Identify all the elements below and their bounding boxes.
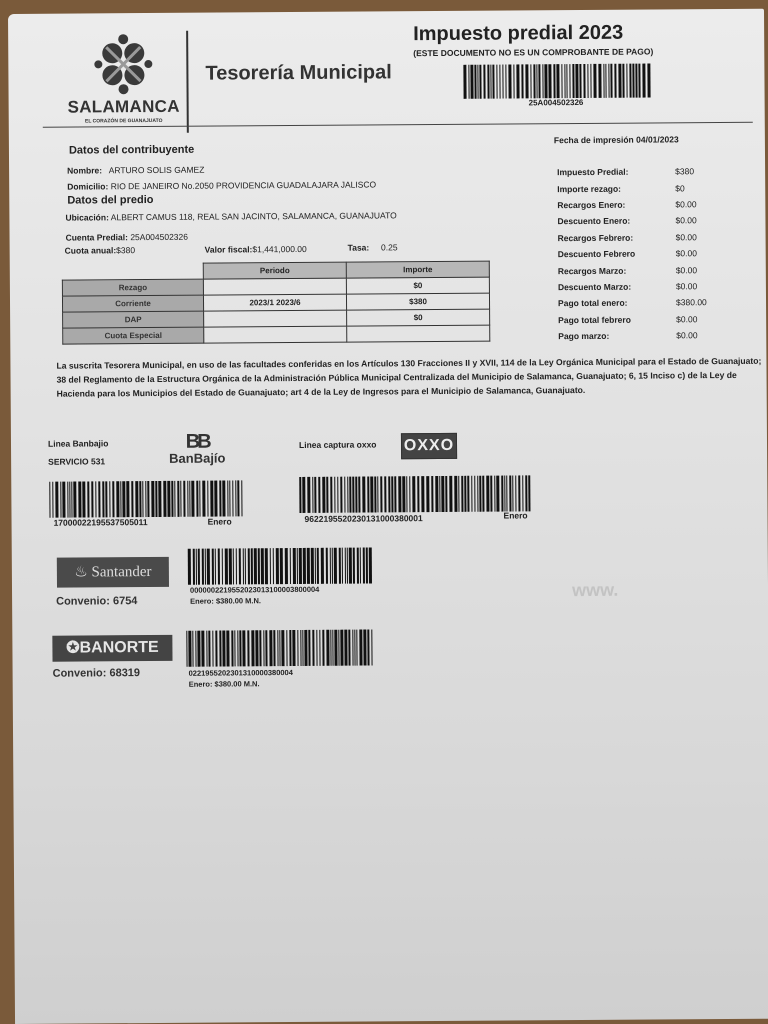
summary-row: Descuento Marzo:$0.00 bbox=[558, 278, 707, 295]
table-header-amount: Importe bbox=[346, 261, 489, 278]
print-date-value: 04/01/2023 bbox=[636, 134, 679, 144]
location-value: ALBERT CAMUS 118, REAL SAN JACINTO, SALA… bbox=[111, 210, 397, 222]
santander-logo: ♨ Santander bbox=[57, 557, 169, 588]
oxxo-barcode bbox=[299, 475, 533, 513]
municipal-crest-icon bbox=[92, 33, 154, 95]
summary-row: Pago marzo:$0.00 bbox=[558, 327, 707, 344]
santander-reference: 0000002219552023013100003800004 bbox=[190, 585, 319, 595]
fiscal-value: Valor fiscal:$1,441,000.00 bbox=[205, 244, 307, 255]
banbajio-logo: BB BanBajío bbox=[169, 432, 226, 465]
location-label: Ubicación: bbox=[65, 212, 109, 222]
taxpayer-heading: Datos del contribuyente bbox=[69, 144, 194, 157]
account-label: Cuenta Predial: bbox=[66, 232, 128, 242]
summary-row: Pago total enero:$380.00 bbox=[558, 294, 707, 311]
legal-notice: La suscrita Tesorera Municipal, en uso d… bbox=[56, 354, 768, 401]
tax-rate-label: Tasa: bbox=[348, 242, 370, 252]
fiscal-value-label: Valor fiscal: bbox=[205, 244, 253, 254]
tax-statement-paper: SALAMANCA EL CORAZÓN DE GUANAJUATO Tesor… bbox=[8, 9, 768, 1024]
table-header-period: Periodo bbox=[203, 262, 346, 279]
summary-row: Recargos Febrero:$0.00 bbox=[558, 229, 707, 246]
oxxo-month: Enero bbox=[503, 510, 527, 520]
banbajio-reference: 17000022195537505011 bbox=[54, 517, 148, 528]
banbajio-service: SERVICIO 531 bbox=[48, 456, 105, 466]
banorte-amount: Enero: $380.00 M.N. bbox=[189, 679, 260, 688]
tax-rate: Tasa: 0.25 bbox=[348, 242, 398, 252]
annual-fee-label: Cuota anual: bbox=[65, 245, 117, 255]
period-table: Periodo Importe Rezago $0 Corriente 2023… bbox=[62, 261, 491, 345]
summary-row: Descuento Enero:$0.00 bbox=[557, 212, 706, 229]
summary-row: Recargos Marzo:$0.00 bbox=[558, 261, 707, 278]
office-name: Tesorería Municipal bbox=[205, 61, 392, 85]
taxpayer-name: Nombre: ARTURO SOLIS GAMEZ bbox=[67, 165, 204, 176]
taxpayer-address: Domicilio: RIO DE JANEIRO No.2050 PROVID… bbox=[67, 179, 376, 191]
tax-rate-value: 0.25 bbox=[381, 242, 398, 252]
name-label: Nombre: bbox=[67, 165, 102, 175]
santander-flame-icon: ♨ bbox=[74, 564, 88, 580]
table-row: Cuota Especial bbox=[63, 325, 490, 344]
oxxo-line-label: Linea captura oxxo bbox=[299, 439, 377, 450]
property-account: Cuenta Predial: 25A004502326 bbox=[66, 232, 188, 243]
summary-row: Recargos Enero:$0.00 bbox=[557, 196, 706, 213]
banbajio-line-label: Linea Banbajio bbox=[48, 438, 109, 448]
banbajio-month: Enero bbox=[208, 516, 232, 526]
account-value: 25A004502326 bbox=[130, 232, 188, 242]
address-label: Domicilio: bbox=[67, 181, 108, 191]
watermark-text: www. bbox=[572, 580, 618, 601]
oxxo-logo: OXXO bbox=[401, 433, 457, 459]
print-date: Fecha de impresión 04/01/2023 bbox=[554, 134, 679, 145]
summary-row: Impuesto Predial:$380 bbox=[557, 163, 706, 180]
banorte-mark-icon: ✪ bbox=[66, 640, 80, 657]
logo-tagline: EL CORAZÓN DE GUANAJUATO bbox=[59, 118, 189, 125]
annual-fee: Cuota anual:$380 bbox=[65, 245, 135, 255]
property-location: Ubicación: ALBERT CAMUS 118, REAL SAN JA… bbox=[65, 210, 396, 222]
fiscal-value-amount: $1,441,000.00 bbox=[252, 244, 306, 254]
print-date-label: Fecha de impresión bbox=[554, 135, 634, 146]
banorte-convenio: Convenio: 68319 bbox=[53, 667, 141, 680]
header-divider bbox=[186, 31, 189, 133]
santander-barcode bbox=[188, 547, 374, 584]
document-title: Impuesto predial 2023 bbox=[413, 22, 623, 46]
banorte-reference: 0221955202301310000380004 bbox=[189, 668, 293, 678]
banbajio-logo-text: BanBajío bbox=[169, 450, 225, 465]
table-header-blank bbox=[62, 263, 203, 280]
address-value: RIO DE JANEIRO No.2050 PROVIDENCIA GUADA… bbox=[111, 179, 377, 191]
santander-logo-text: Santander bbox=[91, 564, 151, 580]
account-barcode bbox=[463, 63, 653, 98]
banorte-logo: ✪BANORTE bbox=[52, 635, 172, 662]
property-heading: Datos del predio bbox=[67, 194, 153, 207]
name-value: ARTURO SOLIS GAMEZ bbox=[109, 165, 205, 176]
santander-convenio: Convenio: 6754 bbox=[56, 595, 137, 608]
santander-amount: Enero: $380.00 M.N. bbox=[190, 596, 261, 605]
summary-row: Descuento Febrero$0.00 bbox=[558, 245, 707, 262]
banbajio-mark-icon: BB bbox=[169, 432, 225, 450]
logo-city: SALAMANCA bbox=[59, 97, 189, 118]
banorte-logo-text: BANORTE bbox=[80, 639, 159, 657]
summary-row: Importe rezago:$0 bbox=[557, 180, 706, 197]
banbajio-barcode bbox=[49, 480, 245, 517]
account-barcode-number: 25A004502326 bbox=[529, 98, 584, 107]
oxxo-reference: 9622195520230131000380001 bbox=[304, 513, 422, 524]
banorte-barcode bbox=[186, 629, 374, 666]
annual-fee-value: $380 bbox=[116, 245, 135, 255]
summary-row: Pago total febrero$0.00 bbox=[558, 311, 707, 328]
document-subtitle: (ESTE DOCUMENTO NO ES UN COMPROBANTE DE … bbox=[413, 46, 653, 58]
payment-summary: Impuesto Predial:$380 Importe rezago:$0 … bbox=[557, 163, 707, 344]
